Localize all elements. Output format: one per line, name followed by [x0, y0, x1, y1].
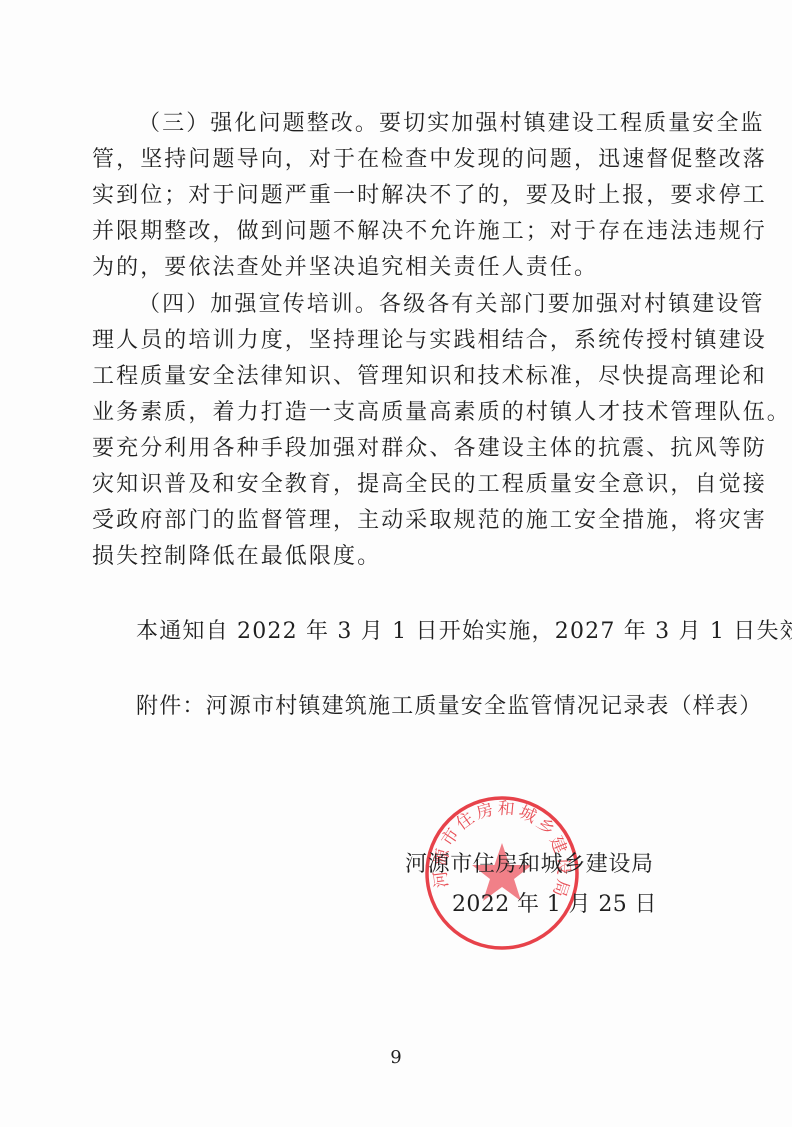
attachment-reference: 附件：河源市村镇建筑施工质量安全监管情况记录表（样表）	[136, 689, 762, 725]
issue-date: 2022 年 1 月 25 日	[452, 887, 657, 923]
issuing-organization: 河源市住房和城乡建设局	[405, 847, 654, 883]
page-number: 9	[386, 1046, 406, 1070]
paragraph-line: 并限期整改，做到问题不解决不允许施工；对于存在违法违规行	[92, 214, 698, 250]
paragraph-line: 灾知识普及和安全教育，提高全民的工程质量安全意识，自觉接	[92, 467, 698, 503]
document-page: （三）强化问题整改。要切实加强村镇建设工程质量安全监 管，坚持问题导向，对于在检…	[0, 0, 792, 1127]
paragraph-line: 工程质量安全法律知识、管理知识和技术标准，尽快提高理论和	[92, 359, 698, 395]
paragraph-line: 实到位；对于问题严重一时解决不了的，要及时上报，要求停工	[92, 178, 698, 214]
paragraph-line: 损失控制降低在最低限度。	[92, 539, 698, 575]
paragraph-line: 要充分利用各种手段加强对群众、各建设主体的抗震、抗风等防	[92, 431, 698, 467]
paragraph-line: 理人员的培训力度，坚持理论与实践相结合，系统传授村镇建设	[92, 323, 698, 359]
paragraph-line: （四）加强宣传培训。各级各有关部门要加强对村镇建设管	[138, 287, 698, 323]
effective-date-notice: 本通知自 2022 年 3 月 1 日开始实施，2027 年 3 月 1 日失效…	[136, 614, 792, 650]
paragraph-line: 管，坚持问题导向，对于在检查中发现的问题，迅速督促整改落	[92, 142, 698, 178]
paragraph-line: （三）强化问题整改。要切实加强村镇建设工程质量安全监	[138, 106, 698, 142]
paragraph-line: 业务素质，着力打造一支高质量高素质的村镇人才技术管理队伍。	[92, 395, 698, 431]
paragraph-line: 受政府部门的监督管理，主动采取规范的施工安全措施，将灾害	[92, 503, 698, 539]
paragraph-line: 为的，要依法查处并坚决追究相关责任人责任。	[92, 250, 698, 286]
